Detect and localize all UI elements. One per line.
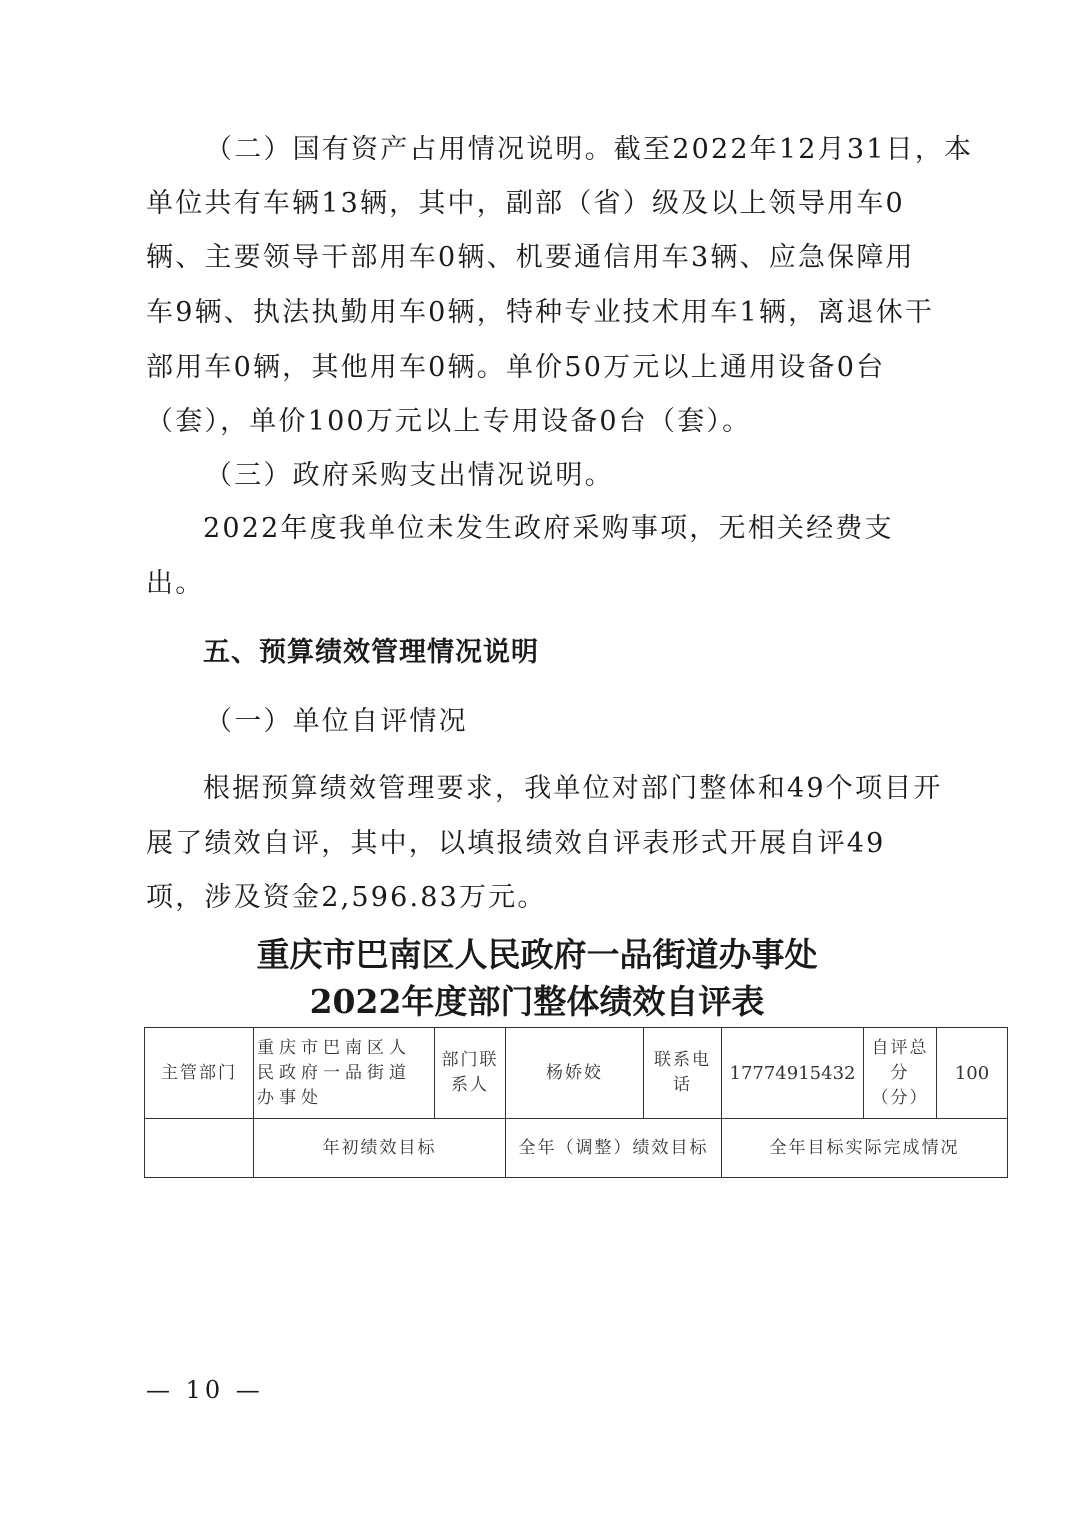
subsection-heading: （三）政府采购支出情况说明。 (205, 459, 614, 493)
dept-value: 重庆市巴南区人民政府一品街道办事处 (254, 1028, 435, 1119)
paragraph-line: （二）国有资产占用情况说明。截至2022年12月31日，本 (205, 133, 973, 167)
initial-goals-header: 年初绩效目标 (254, 1119, 506, 1178)
page-number: — 10 — (146, 1376, 264, 1404)
paragraph-line: （套），单价100万元以上专用设备0台（套）。 (146, 405, 751, 439)
adjusted-goals-header: 全年（调整）绩效目标 (506, 1119, 722, 1178)
label-dept: 主管部门 (145, 1028, 254, 1119)
actual-completion-header: 全年目标实际完成情况 (722, 1119, 1008, 1178)
paragraph-line: 部用车0辆，其他用车0辆。单价50万元以上通用设备0台 (146, 351, 885, 385)
evaluation-table: 主管部门 重庆市巴南区人民政府一品街道办事处 部门联系人 杨娇姣 联系电话 17… (144, 1027, 1008, 1178)
paragraph-line: 展了绩效自评，其中，以填报绩效自评表形式开展自评49 (146, 827, 886, 861)
paragraph-line: 车9辆、执法执勤用车0辆，特种专业技术用车1辆，离退休干 (146, 296, 934, 330)
paragraph-line: 出。 (146, 567, 204, 601)
label-contact: 部门联系人 (435, 1028, 506, 1119)
table-title-line2: 2022年度部门整体绩效自评表 (0, 982, 1074, 1022)
paragraph-line: 项，涉及资金2,596.83万元。 (146, 881, 547, 915)
paragraph-line: 2022年度我单位未发生政府采购事项，无相关经费支 (203, 512, 894, 546)
subsection-heading: （一）单位自评情况 (205, 705, 468, 739)
paragraph-line: 根据预算绩效管理要求，我单位对部门整体和49个项目开 (203, 772, 943, 806)
label-phone: 联系电话 (644, 1028, 722, 1119)
evaluation-table-container: 主管部门 重庆市巴南区人民政府一品街道办事处 部门联系人 杨娇姣 联系电话 17… (144, 1027, 1007, 1180)
paragraph-line: 辆、主要领导干部用车0辆、机要通信用车3辆、应急保障用 (146, 241, 915, 275)
table-title-line1: 重庆市巴南区人民政府一品街道办事处 (0, 935, 1074, 975)
section-heading: 五、预算绩效管理情况说明 (203, 636, 539, 670)
table-row: 主管部门 重庆市巴南区人民政府一品街道办事处 部门联系人 杨娇姣 联系电话 17… (145, 1028, 1008, 1119)
paragraph-line: 单位共有车辆13辆，其中，副部（省）级及以上领导用车0 (146, 187, 905, 221)
blank-cell (145, 1119, 254, 1178)
label-score: 自评总分（分） (864, 1028, 937, 1119)
table-row: 年初绩效目标 全年（调整）绩效目标 全年目标实际完成情况 (145, 1119, 1008, 1178)
contact-value: 杨娇姣 (506, 1028, 644, 1119)
phone-value: 17774915432 (722, 1028, 864, 1119)
score-value: 100 (937, 1028, 1008, 1119)
